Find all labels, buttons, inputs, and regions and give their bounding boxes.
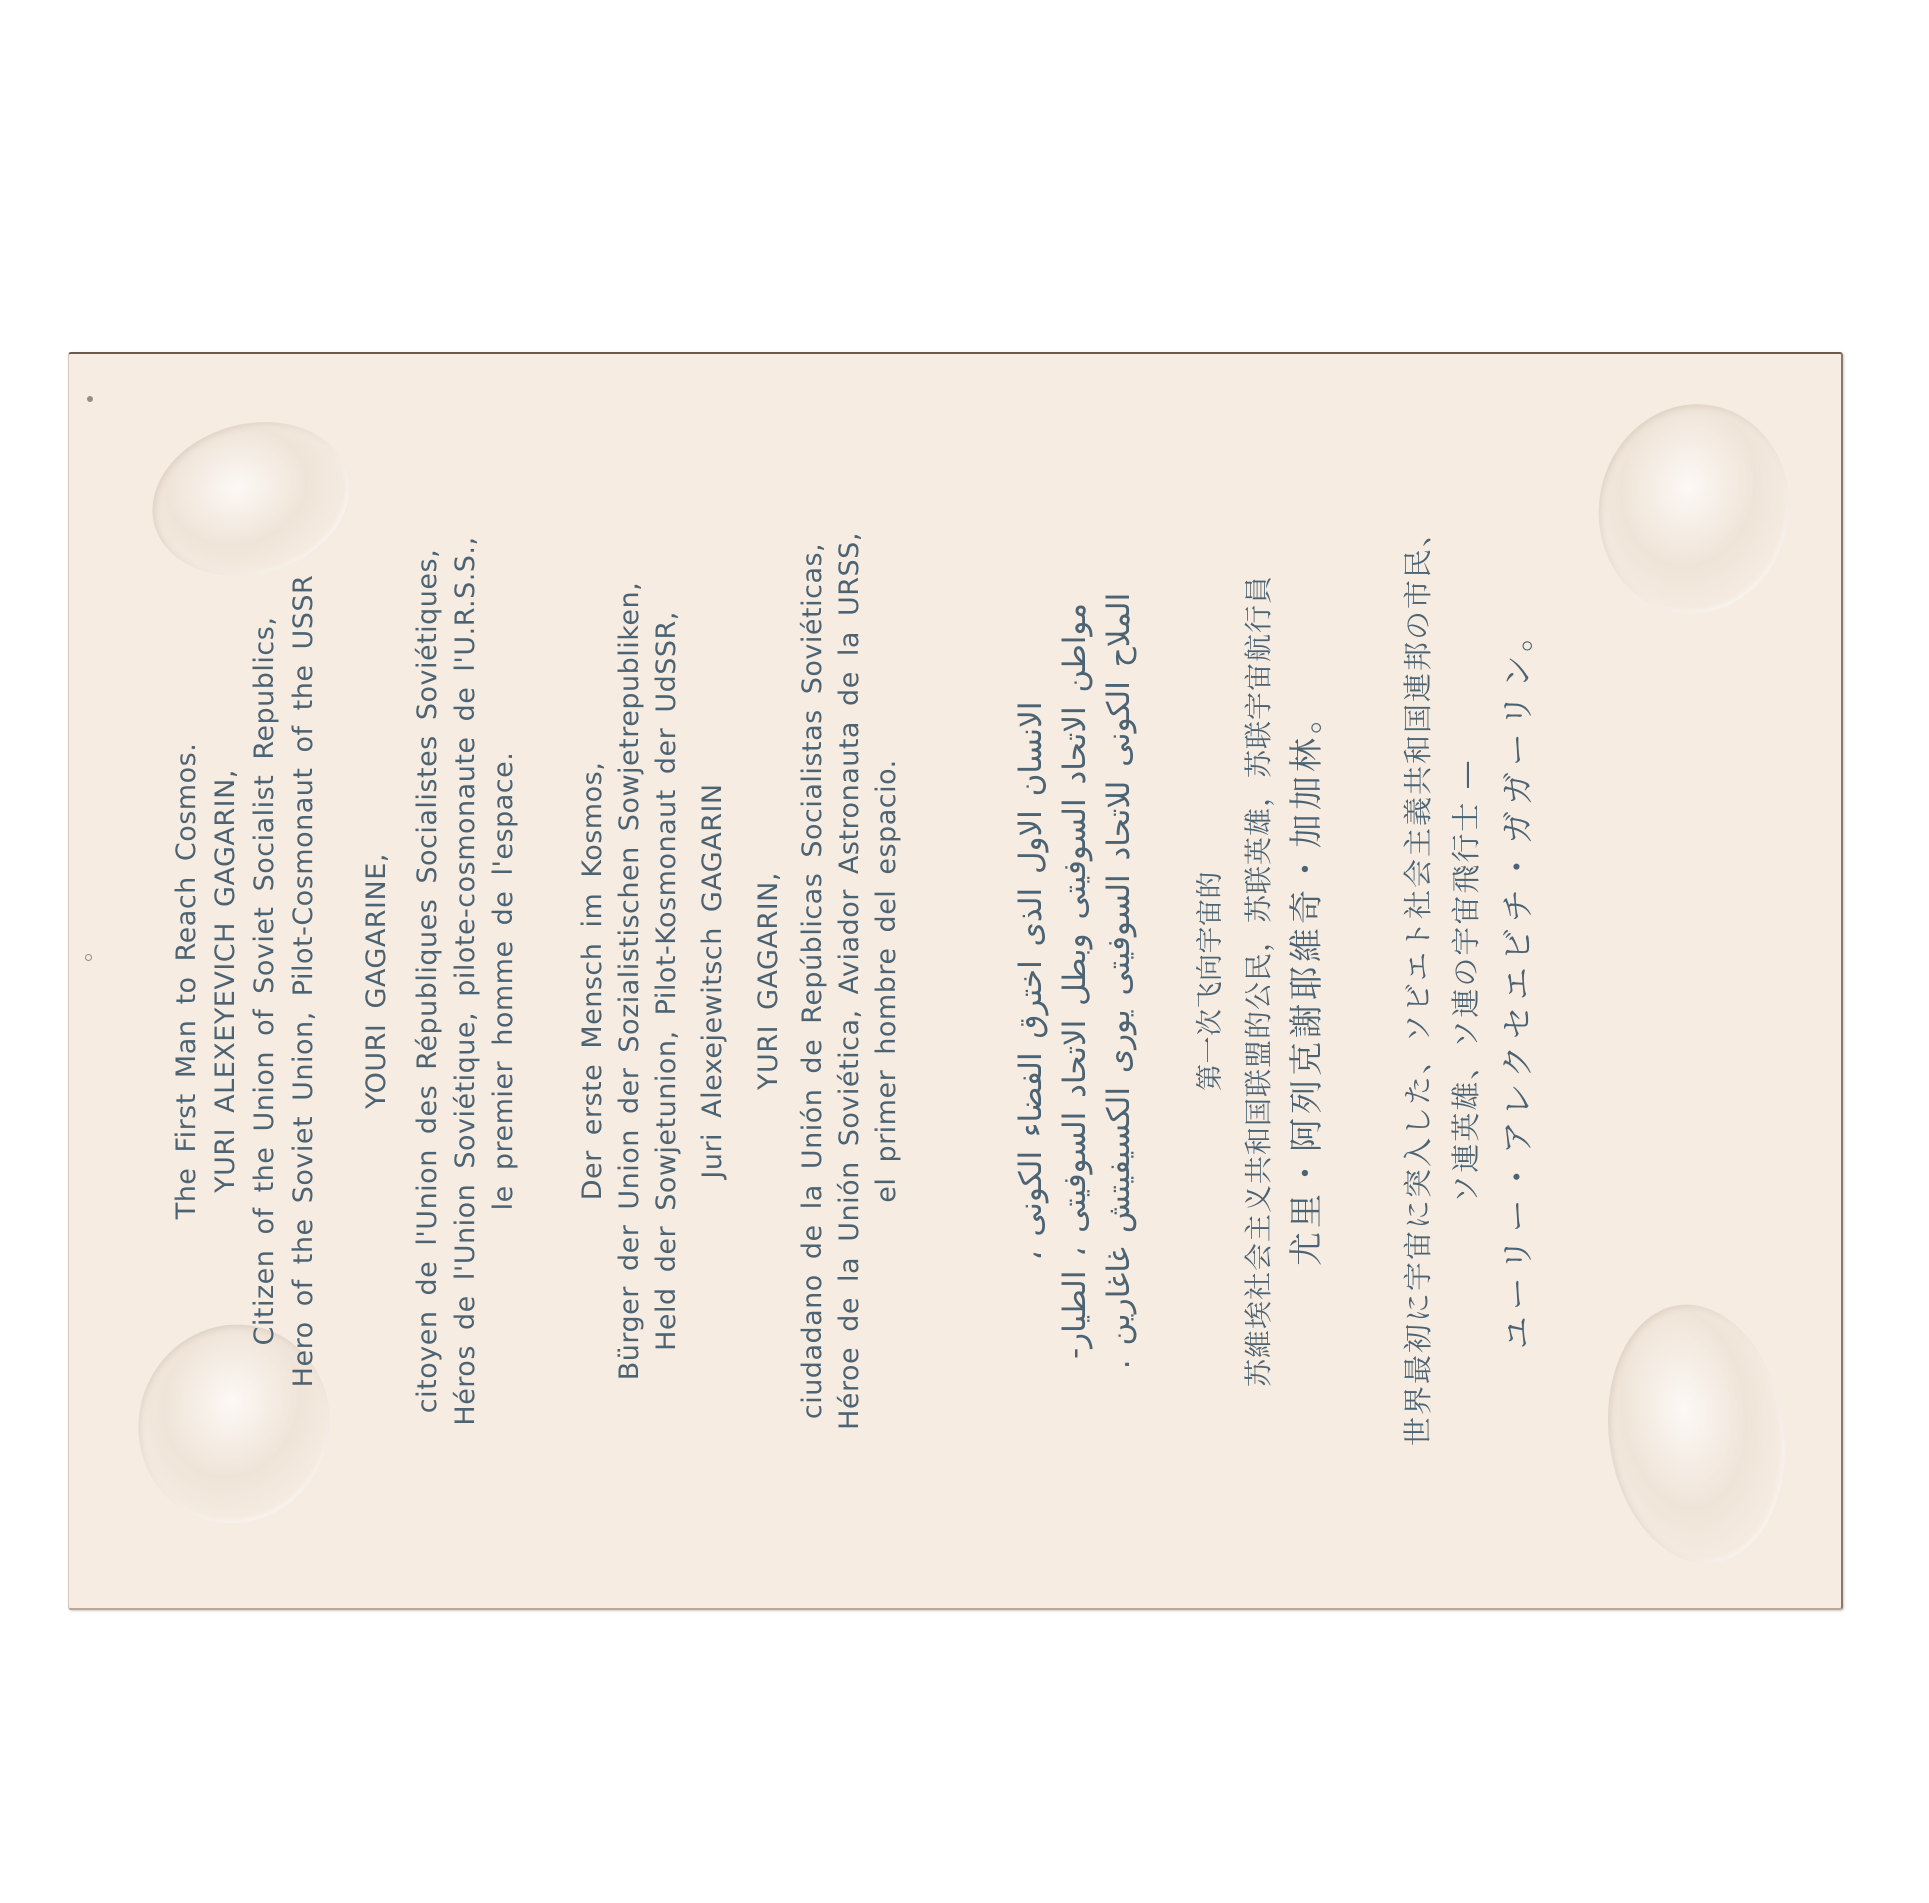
spanish-line-2: Héroe de la Unión Soviética, Aviador Ast… [831,354,868,1608]
japanese-line-2: ソ連英雄、ソ連の宇宙飛行士 — [1442,354,1490,1608]
english-line-1: Citizen of the Union of Soviet Socialist… [245,354,284,1608]
english-section: The First Man to Reach Cosmos. YURI ALEX… [167,354,323,1608]
card-text-frame: The First Man to Reach Cosmos. YURI ALEX… [69,354,1841,1608]
chinese-heading-block: 第一次飞向宇宙的 [1191,354,1231,1608]
japanese-line-1: 世界最初に宇宙に突入した、ソビエト社会主義共和国連邦の市民、 [1394,354,1442,1608]
chinese-heading: 第一次飞向宇宙的 [1191,354,1231,1608]
chinese-section: 苏維埃社会主义共和国联盟的公民，苏联英雄，苏联宇宙航行員 尤里・阿列克謝耶維奇・… [1237,354,1333,1608]
spanish-name-block: YURI GAGARIN, [749,354,788,1608]
arabic-line-1: الانسان الاول الذى اخترق الفضاء الكونى ، [1009,354,1053,1608]
french-line-1: citoyen de l'Union des Républiques Socia… [409,354,447,1608]
english-line-2: Hero of the Soviet Union, Pilot-Cosmonau… [284,354,323,1608]
french-line-3: le premier homme de l'espace. [485,354,523,1608]
japanese-section: 世界最初に宇宙に突入した、ソビエト社会主義共和国連邦の市民、 ソ連英雄、ソ連の宇… [1394,354,1546,1608]
arabic-line-3: الملاح الكونى للاتحاد السوفيتى يورى الكس… [1097,354,1141,1608]
german-line-2: Bürger der Union der Sozialistischen Sow… [611,354,648,1608]
french-line-2: Héros de l'Union Soviétique, pilote-cosm… [447,354,485,1608]
english-name: YURI ALEXEYEVICH GAGARIN, [206,354,245,1608]
chinese-line-2: 尤里・阿列克謝耶維奇・加加林。 [1281,354,1333,1608]
german-section: Der erste Mensch im Kosmos, Bürger der U… [574,354,685,1608]
postcard: The First Man to Reach Cosmos. YURI ALEX… [68,352,1843,1610]
german-line-3: Held der Sowjetunion, Pilot-Kosmonaut de… [648,354,685,1608]
french-section: citoyen de l'Union des Républiques Socia… [409,354,523,1608]
chinese-line-1: 苏維埃社会主义共和国联盟的公民，苏联英雄，苏联宇宙航行員 [1237,354,1281,1608]
german-line-1: Der erste Mensch im Kosmos, [574,354,611,1608]
arabic-line-2: مواطن الاتحاد السوفيتى وبطل الاتحاد السو… [1053,354,1097,1608]
french-name-block: YOURI GAGARINE, [357,354,396,1608]
german-name-block: Juri Alexejewitsch GAGARIN [694,354,731,1608]
spanish-name: YURI GAGARIN, [749,354,788,1608]
french-name: YOURI GAGARINE, [357,354,396,1608]
spanish-line-3: el primer hombre del espacio. [868,354,905,1608]
arabic-section: الانسان الاول الذى اخترق الفضاء الكونى ،… [1009,354,1141,1608]
spanish-section: ciudadano de la Unión de Repúblicas Soci… [794,354,905,1608]
japanese-line-3: ユーリー・アレクセエビチ・ガガーリン。 [1490,354,1546,1608]
spanish-line-1: ciudadano de la Unión de Repúblicas Soci… [794,354,831,1608]
english-heading: The First Man to Reach Cosmos. [167,354,206,1608]
german-name: Juri Alexejewitsch GAGARIN [694,354,731,1608]
